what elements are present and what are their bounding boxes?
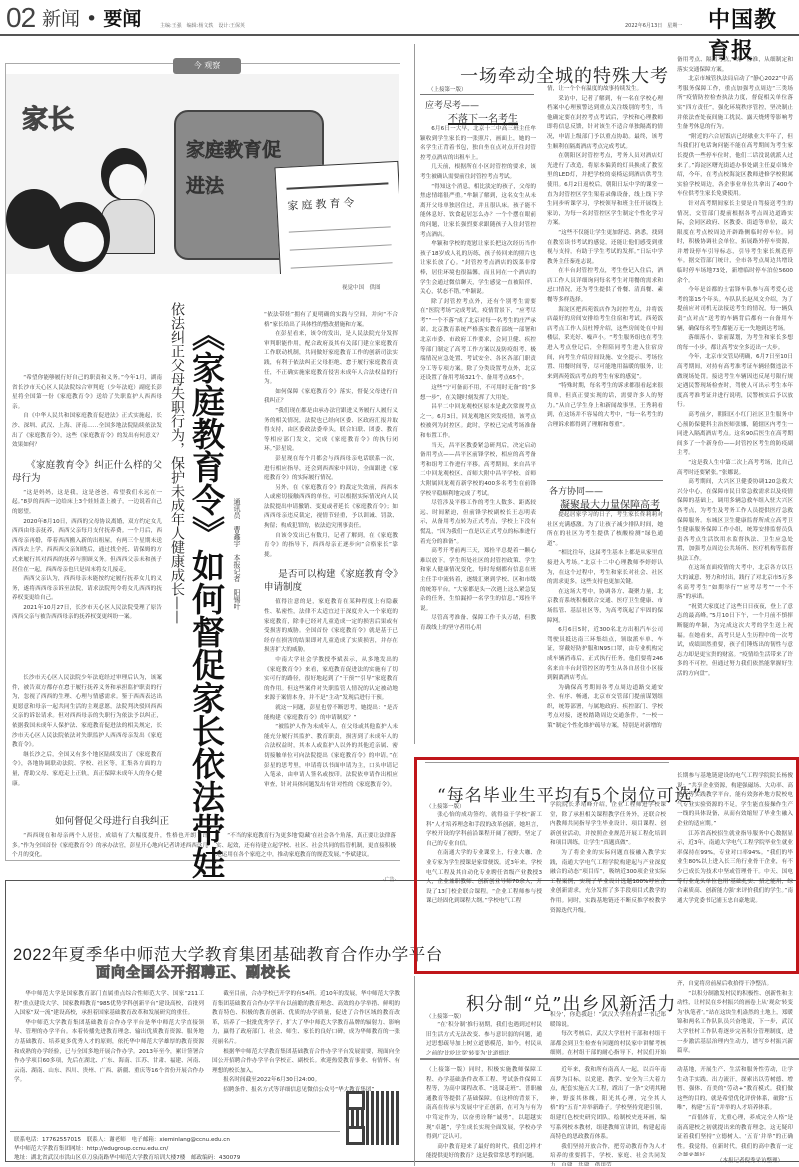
school-signoff: （本报记者倪秀采访整理）	[717, 1156, 783, 1164]
feature-headline: 《家庭教育令》如何督促家长依法带娃	[190, 318, 224, 879]
job-continued-note: （上接第一版）	[426, 802, 465, 810]
village-column-2: 积分’，你追我赶！”武汉大学驻村第一书记郑暖锦说。 每次考核后，武汉大学驻村干部…	[550, 1011, 666, 1055]
qr-code-icon[interactable]	[346, 1091, 400, 1145]
job-column-2: 学院院长茅靖峰介绍，企业工程师进学校课堂，除了承担相关课程教学任务外，还联合校内…	[550, 801, 666, 969]
exam-sub2-title: 凝聚最大力量保障高考	[560, 496, 660, 511]
cartoon-paper-title: 家庭教育令	[287, 182, 390, 213]
continued-note: （上接第一版）	[428, 85, 467, 93]
village-column-3: 齐，自觉将房前屋后收拾得干净整洁。 “以积分制激发村民的积极性、创新性和主动性，…	[677, 980, 793, 1055]
ad-contact-phone: 联系电话：17762557015 联系人：谢老师 电子邮箱：xieminlang…	[14, 1136, 344, 1145]
job-column-1: 张心怡的成功签约，就得益于学校“新工科”人才培养理念和手段的改革创新。她坦言，学…	[426, 811, 542, 969]
cartoon-label-parent: 家长	[22, 99, 74, 136]
section-title-bold: 要闻	[103, 8, 141, 30]
school-column-2: 近年来，我和所有南高人一起，以百年南高梦为目标，以党建、教学、安全为三大着力点，…	[550, 1066, 666, 1166]
school-column-3: 动基地，开展生产、生活和服务性劳动，让学生动手实践、出力流汗，探索出以劳树德、增…	[677, 1066, 793, 1156]
ad-subtitle: 面向全国公开招聘正、副校长	[96, 962, 291, 982]
ad-column-1: 华中师范大学是国家教育部门直属重点综合性师范大学、国家“211工程”重点建设大学…	[14, 990, 204, 1120]
exam-sub1-title: 不落下一名考生	[448, 110, 518, 125]
page-number: 02	[6, 2, 35, 34]
issue-date: 2022年6月13日 星期一	[625, 22, 682, 29]
feature-subtitle: 依法纠正父母失职行为，保护未成年人健康成长——	[165, 302, 185, 624]
ad-tag: ·广告·	[383, 876, 396, 883]
cartoon-order-paper: 家庭教育令	[274, 161, 399, 274]
column-rule	[414, 44, 415, 744]
exam-column-2: 情，让一个个有温度的故事持续发生。 采访中，记者了解到，有一名在学校心理档案中心…	[547, 85, 663, 475]
header-rule	[0, 34, 799, 36]
feature-intro: “希望你能够履行好自己的职责和义务。”今年1月，湖南省长沙市天心区人民法院综合审…	[12, 374, 162, 674]
feature-byline: 通讯员 曹鑫宇 本报记者 阳锡叶	[232, 498, 242, 610]
exam-column-2b: 提起居家学习的日子，考生家长佟莉莉对社区充满感激。为了让孩子减少排队时间，她所在…	[547, 511, 663, 745]
feature-body-cont: 长沙市天心区人民法院少年法庭经过审理后认为，该案件，被告双方都存在怠于履行抚养义…	[12, 674, 162, 814]
school-column-1: （上接第一版）同时，积极实施教师保障工程、办学基础条件改革工程、考试条件保障工程…	[426, 1066, 542, 1166]
feature-right-column: “依法带娃”拥有了更明确的实践与空间，并向“不合格”家长给出了具体性的整改措施和…	[264, 311, 398, 801]
section3-closing: “不当的家庭教育行为更多地‘隐藏’在社会各个角落，真正要让法律落实、起效，还有待…	[216, 832, 396, 860]
section2-body: “西西现在和母亲两个人居住，成绩有了大幅度提升，性格也开朗了许多。”作为全国首份…	[12, 832, 208, 860]
section2-heading: 如何督促父母进行自我纠正	[12, 815, 212, 828]
village-column-1: “在‘积分制’推行初期，我们也遇到过村民旧生活方式无法改变、参与意识弱的问题，通…	[426, 1021, 542, 1055]
ad-address: 地址：湖北省武汉市洪山区卓刀泉南路华中师范大学教育培训大楼7楼 邮政编码：430…	[14, 1154, 344, 1163]
village-continued-note: （上接第一版）	[426, 1012, 465, 1020]
staff-credits: 主编:王强 编辑:杨文轶 设计:王保英	[160, 22, 245, 29]
cartoon-illustration: 家长 家庭教育促进法 家庭教育令	[6, 74, 399, 274]
exam-column-3: 备用考点、隔离考点，统一标准，从细制定和落实交通保障方案。 北京市城管执法局启动…	[677, 56, 793, 745]
section1-heading: 《家庭教育令》纠正什么样的父母行为	[12, 459, 162, 485]
section3-heading: 是否可以构建《家庭教育令》申请制度	[264, 568, 398, 594]
ad-column-2: 截至目前，合办学校已开学的有54所。近10年的发展，华中师范大学教育集团基础教育…	[212, 990, 400, 1095]
ad-contact-block: 联系电话：17762557015 联系人：谢老师 电子邮箱：xieminlang…	[14, 1136, 344, 1163]
cartoon-child-body	[101, 199, 155, 254]
ad-website-link[interactable]: 华中师范大学教育集团网址：http://edugroup.ccnu.edu.cn…	[14, 1145, 344, 1154]
section-title: 新闻 • 要闻	[42, 6, 141, 32]
cartoon-book-title: 家庭教育促进法	[176, 112, 286, 204]
exam-column-1: 6月6日一大早，北京十二中高三班主任牟颖收到学生家长的一张照片，画面上，她的一名…	[420, 125, 536, 745]
column-badge: 今 观察	[173, 58, 241, 74]
image-credit: 视觉中国 供图	[342, 283, 381, 291]
ad-divider	[10, 1131, 340, 1132]
job-column-3: 长期参与基地链建设的电气工程学院院长杨俊说：“共享企业资源，构建强磁场、大功率、…	[677, 772, 793, 969]
